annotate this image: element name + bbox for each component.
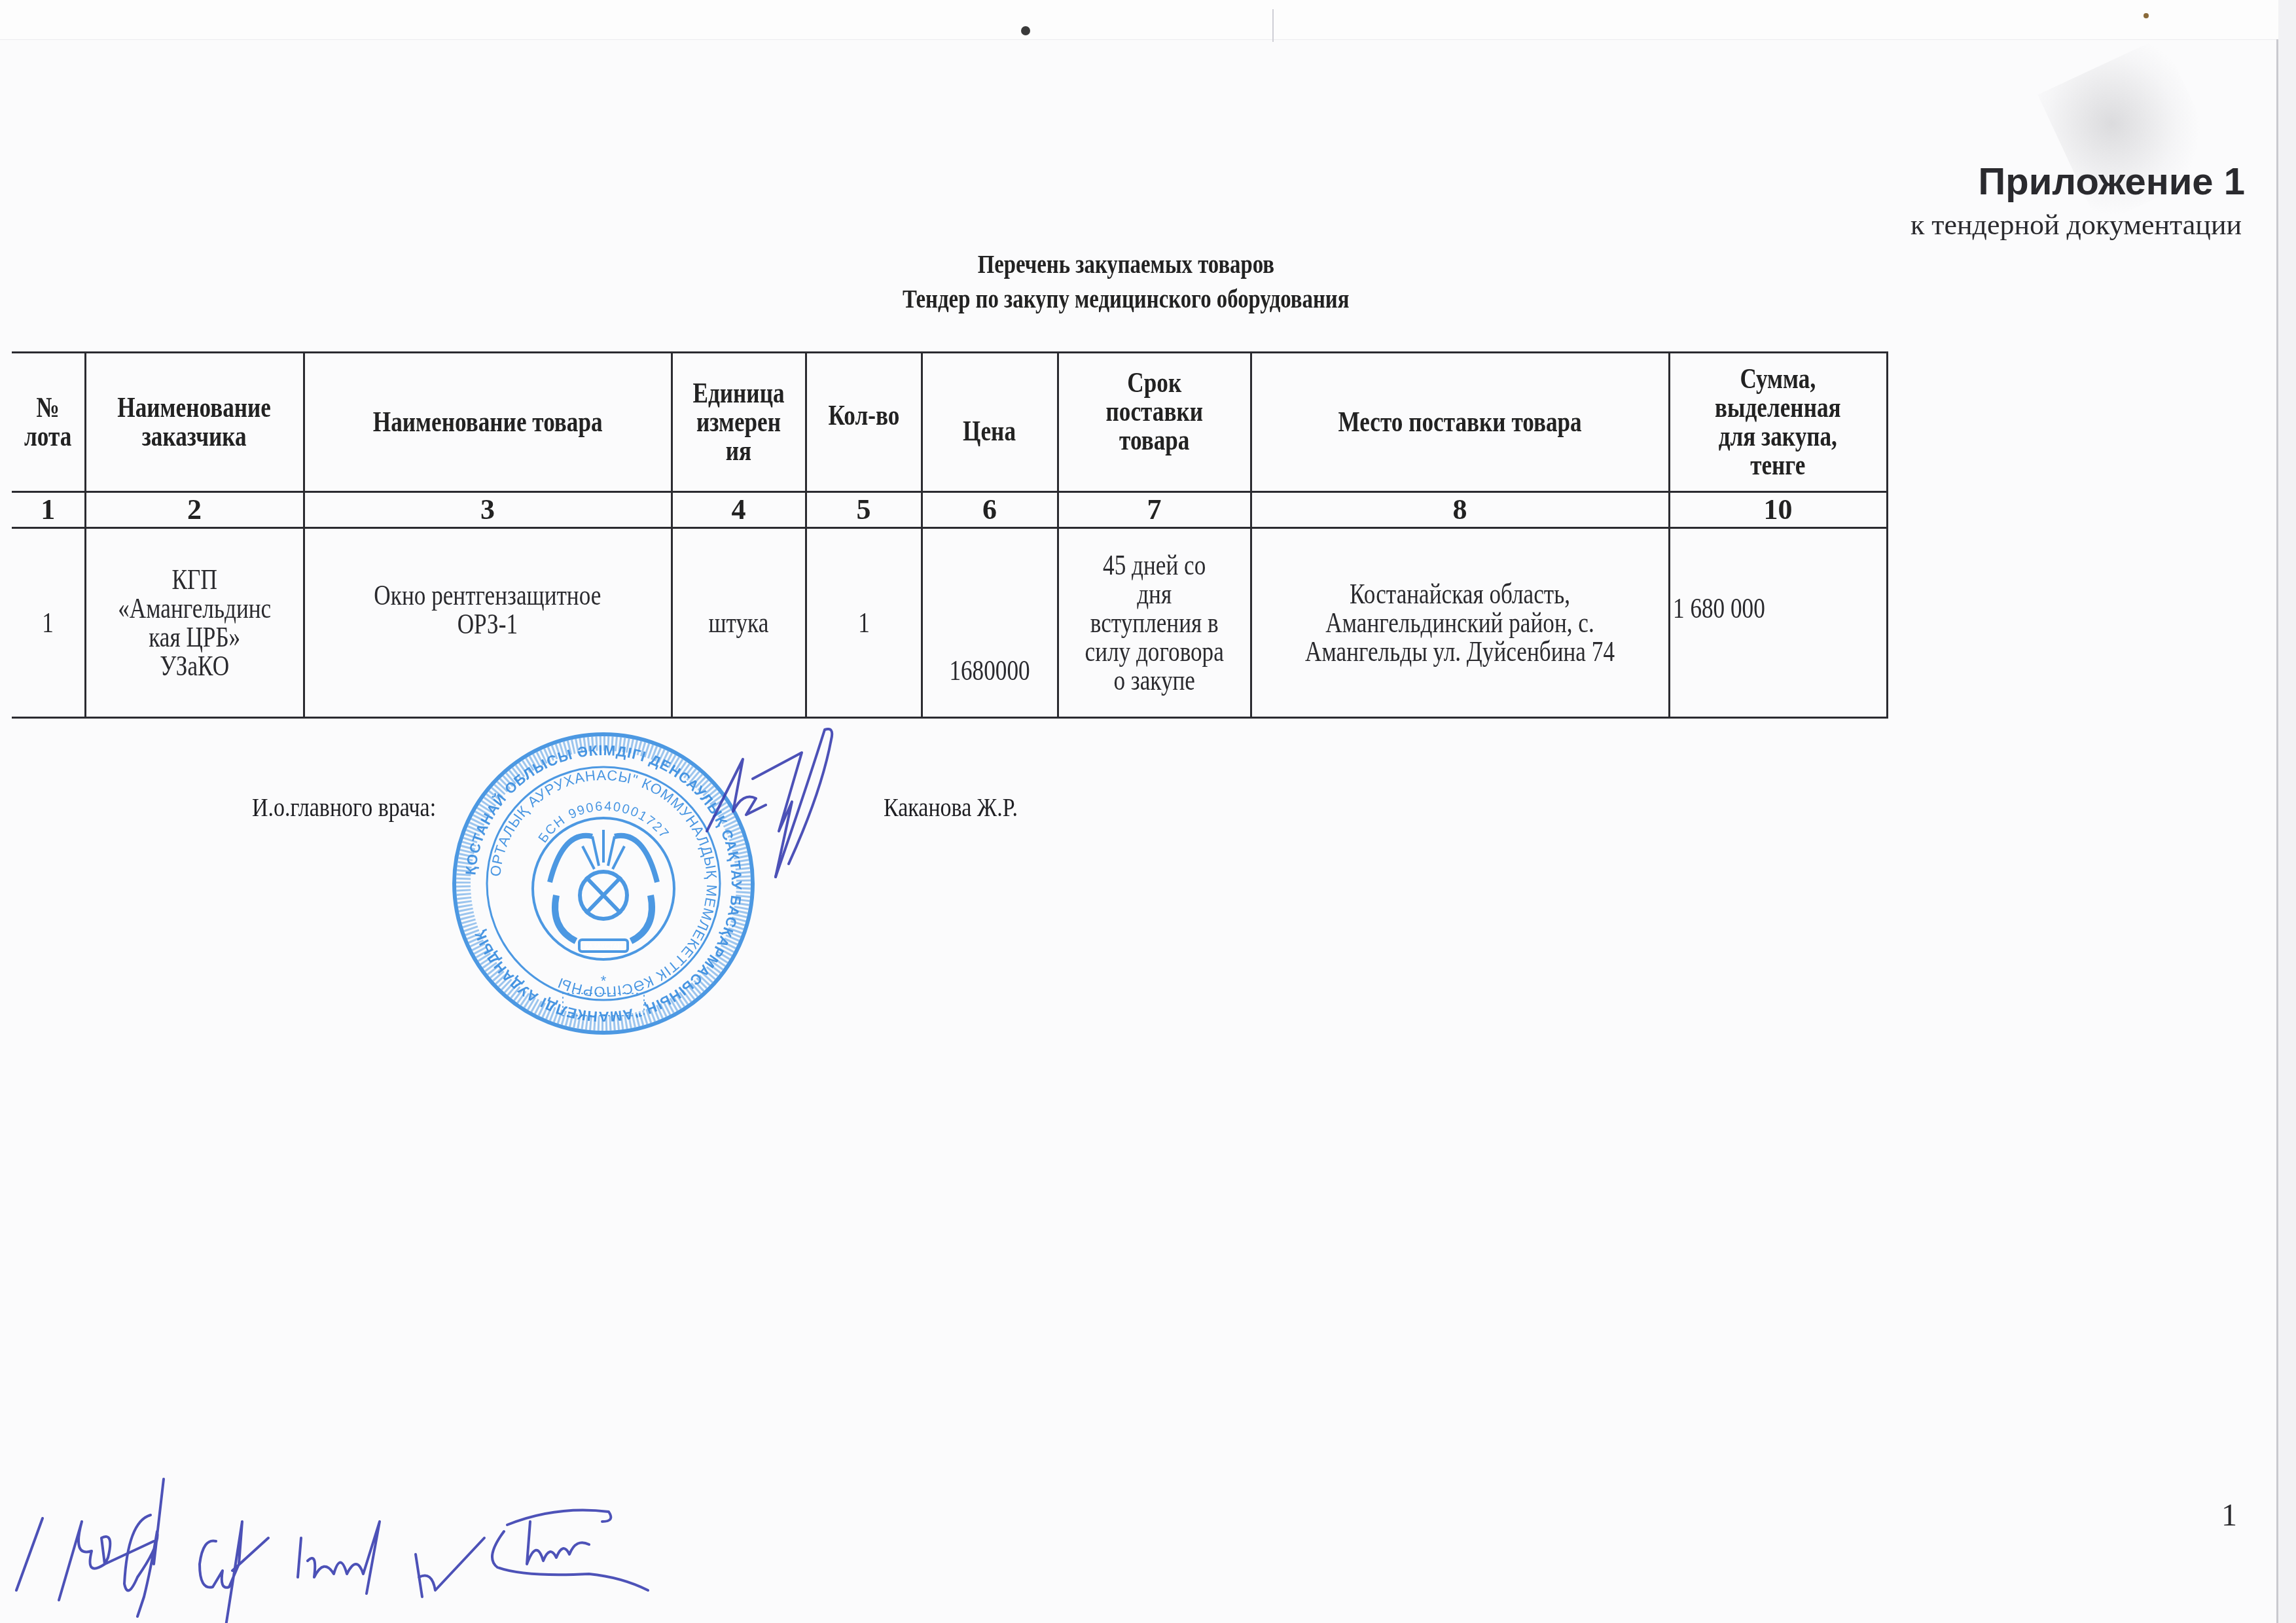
cell-price: 1680000: [922, 528, 1058, 718]
scan-edge-strip: [2278, 0, 2296, 1623]
stamp-emblem-label: ҚАЗАҚСТАН: [584, 944, 622, 951]
table-row: 1 КГП«Амангельдинская ЦРБ»УЗаКО Окно рен…: [12, 528, 1887, 718]
header-amount: Сумма,выделеннаядля закупа,тенге: [1669, 353, 1887, 492]
column-number: 8: [1251, 492, 1669, 528]
column-number-row: 1 2 3 4 5 6 7 8 10: [12, 492, 1887, 528]
header-product-name: Наименование товара: [304, 353, 672, 492]
signatory-name: Каканова Ж.Р.: [884, 792, 1041, 823]
page-edge-line: [2276, 39, 2278, 1623]
header-lot-number: №лота: [12, 353, 85, 492]
header-customer: Наименованиезаказчика: [85, 353, 304, 492]
column-number: 10: [1669, 492, 1887, 528]
column-number: 6: [922, 492, 1058, 528]
director-signature: [681, 713, 851, 897]
column-number: 3: [304, 492, 672, 528]
header-delivery-term: Срокпоставкитовара: [1058, 353, 1251, 492]
column-number: 1: [12, 492, 85, 528]
signatory-position: И.о.главного врача:: [252, 792, 469, 823]
scan-speck: [2144, 13, 2149, 18]
column-number: 5: [806, 492, 922, 528]
procurement-table: №лота Наименованиезаказчика Наименование…: [12, 351, 1888, 719]
cell-lot-number: 1: [12, 528, 85, 718]
commission-signatures: [0, 1459, 1571, 1623]
document-subtitle: Тендер по закупу медицинского оборудован…: [0, 283, 2251, 314]
table-header-row: №лота Наименованиезаказчика Наименование…: [12, 353, 1887, 492]
appendix-title: Приложение 1: [1979, 160, 2245, 204]
column-number: 4: [672, 492, 806, 528]
header-price: Цена: [922, 353, 1058, 492]
scan-top-margin: [0, 0, 2296, 40]
scan-speck: [1021, 26, 1030, 35]
column-number: 7: [1058, 492, 1251, 528]
header-quantity: Кол-во: [806, 353, 922, 492]
cell-customer: КГП«Амангельдинская ЦРБ»УЗаКО: [85, 528, 304, 718]
cell-delivery-term: 45 дней соднявступления всилу договорао …: [1058, 528, 1251, 718]
cell-unit: штука: [672, 528, 806, 718]
header-unit: Единицаизмерения: [672, 353, 806, 492]
cell-amount: 1 680 000: [1669, 528, 1887, 718]
cell-delivery-place: Костанайская область,Амангельдинский рай…: [1251, 528, 1669, 718]
column-number: 2: [85, 492, 304, 528]
document-title: Перечень закупаемых товаров: [0, 249, 2251, 279]
scan-artifact-line: [1272, 9, 1274, 42]
cell-product: Окно рентгензащитноеОРЗ-1: [304, 528, 672, 718]
svg-text:*: *: [601, 972, 607, 989]
page-number: 1: [2221, 1497, 2237, 1533]
appendix-subtitle: к тендерной документации: [1910, 208, 2242, 241]
header-delivery-place: Место поставки товара: [1251, 353, 1669, 492]
cell-quantity: 1: [806, 528, 922, 718]
